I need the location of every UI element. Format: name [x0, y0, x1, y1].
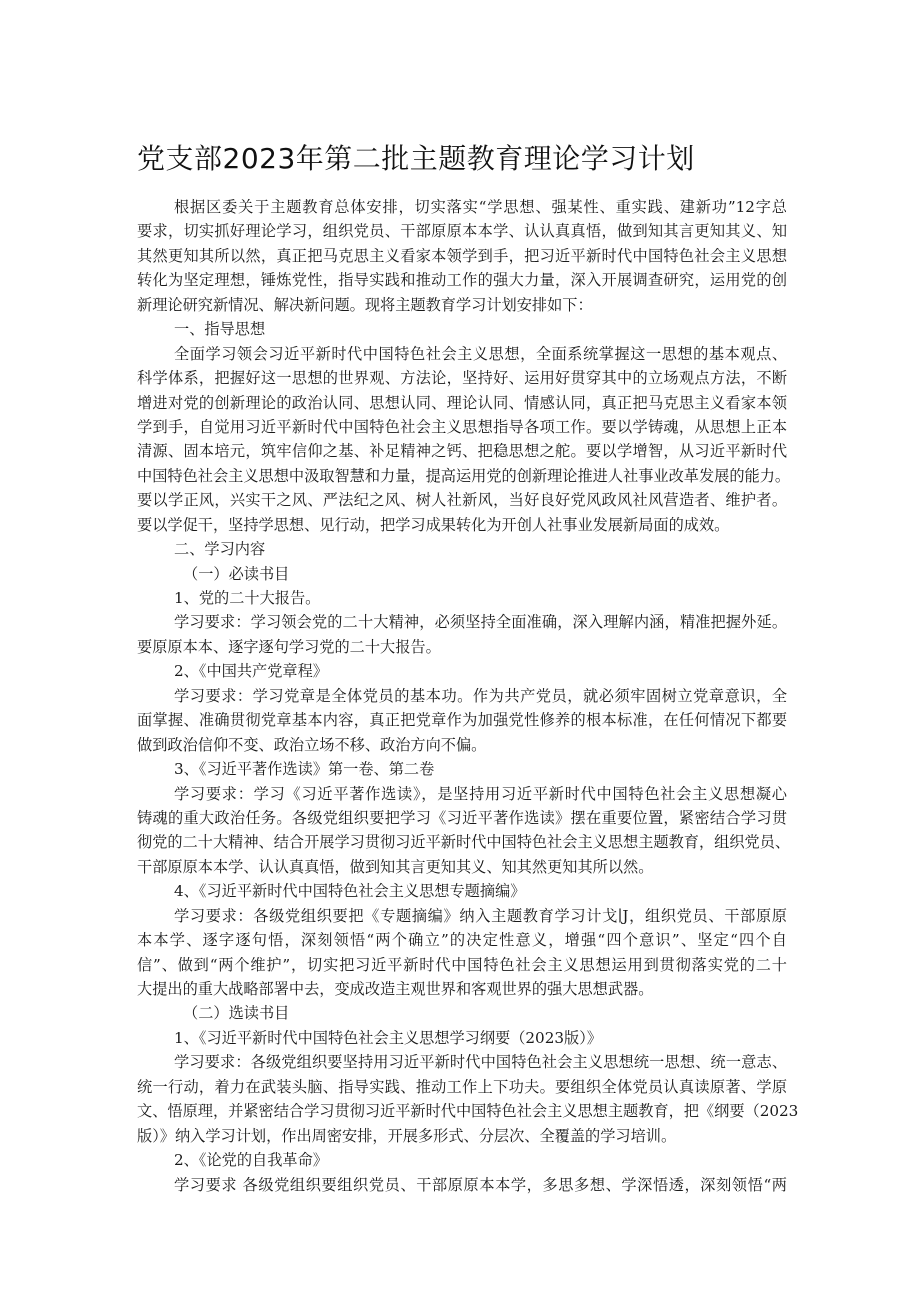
paragraph-line-indented: 学习要求：学习党章是全体党员的基本功。作为共产党员，就必须牢固树立党章意识，全	[137, 684, 787, 708]
document-title: 党支部2023年第二批主题教育理论学习计划	[137, 141, 695, 177]
paragraph-line: 铸魂的重大政治任务。各级党组织要把学习《习近平著作选读》摆在重要位置，紧密结合学…	[137, 806, 787, 830]
paragraph-line-indented: 学习要求：学习领会党的二十大精神，必须坚持全面准确，深入理解内涵，精准把握外延。	[137, 610, 787, 634]
paragraph-line-indented: 学习要求：学习《习近平著作选读》，是坚持用习近平新时代中国特色社会主义思想凝心	[137, 782, 787, 806]
paragraph-line: 版）》纳入学习计划，作出周密安排，开展多形式、分层次、全覆盖的学习培训。	[137, 1124, 787, 1148]
paragraph-line: 大提出的重大战略部署中去，变成改造主观世界和客观世界的强大思想武器。	[137, 977, 787, 1001]
paragraph-line-indented: 根据区委关于主题教育总体安排，切实落实“学思想、强某性、重实践、建新功”12字总	[137, 195, 787, 219]
paragraph-line: 信”、做到“两个维护”，切实把习近平新时代中国特色社会主义思想运用到贯彻落实党的…	[137, 953, 787, 977]
paragraph-line-indented: 4、《习近平新时代中国特色社会主义思想专题摘编》	[137, 879, 787, 903]
paragraph-line: 清源、固本培元，筑牢信仰之基、补足精神之钙、把稳思想之舵。要以学增智，从习近平新…	[137, 439, 787, 463]
paragraph-line: 增进对党的创新理论的政治认同、思想认同、理论认同、情感认同，真正把马克思主义看家…	[137, 391, 787, 415]
paragraph-line-indented: 3、《习近平著作选读》第一卷、第二卷	[137, 757, 787, 781]
paragraph-line: 中国特色社会主义思想中汲取智慧和力量，提高运用党的创新理论推进人社事业改革发展的…	[137, 464, 787, 488]
paragraph-line: 做到政治信仰不变、政治立场不移、政治方向不偏。	[137, 733, 787, 757]
paragraph-line: 本本学、逐字逐句悟，深刻领悟“两个确立”的决定性意义，增强“四个意识”、坚定“四…	[137, 928, 787, 952]
paragraph-line-indented: （一）必读书目	[137, 562, 787, 586]
paragraph-line-indented: 1、《习近平新时代中国特色社会主义思想学习纲要（2023版）》	[137, 1026, 787, 1050]
paragraph-line: 面掌握、准确贯彻党章基本内容，真正把党章作为加强党性修养的根本标准，在任何情况下…	[137, 708, 787, 732]
paragraph-line-indented: 1、党的二十大报告。	[137, 586, 787, 610]
paragraph-line: 要求，切实抓好理论学习，组织党员、干部原原本本学、认认真真悟，做到知其言更知其义…	[137, 219, 787, 243]
paragraph-line: 要以学正风，兴实干之风、严法纪之风、树人社新风，当好良好党风政风社风营造者、维护…	[137, 488, 787, 512]
paragraph-line-indented: 学习要求：各级党组织要坚持用习近平新时代中国特色社会主义思想统一思想、统一意志、	[137, 1050, 787, 1074]
paragraph-line-indented: 学习要求：各级党组织要把《专题摘编》纳入主题教育学习计戈∣J，组织党员、干部原原	[137, 904, 787, 928]
paragraph-line: 干部原原本本学、认认真真悟，做到知其言更知其义、知其然更知其所以然。	[137, 855, 787, 879]
paragraph-line: 学到手，自觉用习近平新时代中国特色社会主义思想指导各项工作。要以学铸魂，从思想上…	[137, 415, 787, 439]
paragraph-line: 文、悟原理，并紧密结合学习贯彻习近平新时代中国特色社会主义思想主题教育，把《纲要…	[137, 1099, 787, 1123]
paragraph-line-indented: 2、《中国共产党章程》	[137, 659, 787, 683]
paragraph-line: 其然更知其所以然，真正把马克思主义看家本领学到手，把习近平新时代中国特色社会主义…	[137, 244, 787, 268]
paragraph-line-indented: 一、指导思想	[137, 317, 787, 341]
document-page: 党支部2023年第二批主题教育理论学习计划 根据区委关于主题教育总体安排，切实落…	[0, 0, 920, 1301]
paragraph-line: 要原原本本、逐字逐句学习党的二十大报告。	[137, 635, 787, 659]
paragraph-line: 科学体系，把握好这一思想的世界观、方法论，坚持好、运用好贯穿其中的立场观点方法，…	[137, 366, 787, 390]
paragraph-line: 新理论研究新情况、解决新问题。现将主题教育学习计划安排如下：	[137, 293, 787, 317]
paragraph-line: 统一行动，着力在武装头脑、指导实践、推动工作上下功夫。要组织全体党员认真读原著、…	[137, 1075, 787, 1099]
document-body: 根据区委关于主题教育总体安排，切实落实“学思想、强某性、重实践、建新功”12字总…	[137, 195, 787, 1197]
paragraph-line-indented: 二、学习内容	[137, 537, 787, 561]
paragraph-line-indented: 2、《论党的自我革命》	[137, 1148, 787, 1172]
paragraph-line-indented: 全面学习领会习近平新时代中国特色社会主义思想，全面系统掌握这一思想的基本观点、	[137, 342, 787, 366]
paragraph-line-indented: （二）选读书目	[137, 1001, 787, 1025]
paragraph-line: 彻党的二十大精神、结合开展学习贯彻习近平新时代中国特色社会主义思想主题教育，组织…	[137, 830, 787, 854]
paragraph-line: 要以学促干，坚持学思想、见行动，把学习成果转化为开创人社事业发展新局面的成效。	[137, 513, 787, 537]
paragraph-line-indented: 学习要求 各级党组织要组织党员、干部原原本本学，多思多想、学深悟透，深刻领悟“两	[137, 1173, 787, 1197]
paragraph-line: 转化为坚定理想，锤炼党性，指导实践和推动工作的强大力量，深入开展调查研究，运用党…	[137, 268, 787, 292]
